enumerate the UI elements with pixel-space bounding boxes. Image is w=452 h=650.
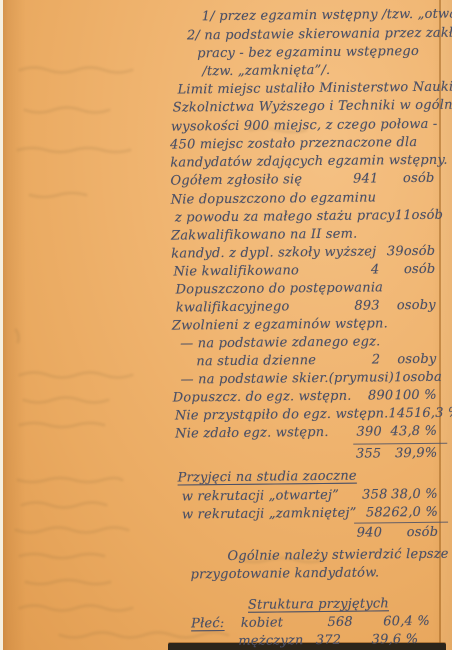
stat-label: Ogółem zgłosiło się bbox=[170, 172, 324, 189]
handwritten-line: Nie dopuszczono do egzaminu bbox=[171, 190, 377, 207]
stat-percent: 100 % bbox=[393, 388, 437, 403]
stat-percent: 38,0 % bbox=[387, 487, 437, 503]
handwritten-line: Ogólnie należy stwierdzić lepsze bbox=[227, 547, 448, 564]
stat-label: w rekrutacji „otwartej” bbox=[182, 488, 339, 505]
stat-label: Nie zdało egz. wstępn. bbox=[175, 425, 329, 442]
handwritten-line: Dopuszczono do postępowania bbox=[176, 280, 384, 297]
handwritten-line: przygotowanie kandydatów. bbox=[191, 565, 380, 582]
handwritten-line: /tzw. „zamknięta”/. bbox=[202, 63, 330, 79]
section-heading-admitted: Przyjęci na studia zaoczne bbox=[178, 469, 357, 486]
stat-percent: 39,9% bbox=[381, 446, 437, 462]
stat-value: 4 bbox=[325, 262, 379, 278]
sum-row: 940 osób bbox=[182, 525, 438, 543]
stat-value: 893 bbox=[326, 298, 380, 314]
stat-value: 2 bbox=[326, 352, 380, 368]
line-text: kandydatów zdających egzamin wstępny. bbox=[170, 153, 447, 171]
heading-text: Przyjęci na studia zaoczne bbox=[178, 469, 357, 486]
stat-value: 941 bbox=[324, 171, 378, 187]
stat-label bbox=[182, 526, 328, 543]
line-text: /tzw. „zamknięta”/. bbox=[202, 63, 330, 79]
line-text: Szkolnictwa Wyższego i Techniki w ogólne… bbox=[173, 97, 452, 115]
stat-row: Nie przystąpiło do egz. wstępn. 145 16,3… bbox=[175, 406, 437, 424]
line-text: pracy - bez egzaminu wstępnego bbox=[197, 44, 419, 61]
stat-label: kobiet bbox=[241, 615, 283, 630]
handwritten-line: Zwolnieni z egzaminów wstępn. bbox=[172, 316, 388, 333]
handwritten-line: Szkolnictwa Wyższego i Techniki w ogólne… bbox=[173, 97, 452, 115]
stat-value: 358 bbox=[339, 487, 388, 503]
stat-percent: 16,3 % bbox=[414, 406, 452, 421]
sum-row: 355 39,9% bbox=[175, 446, 437, 464]
stat-unit: osób bbox=[378, 171, 434, 187]
stat-row-sex-men: mężczyzn 372 39,6 % bbox=[238, 632, 418, 649]
stat-value: 568 bbox=[327, 615, 353, 630]
stat-value: 11 bbox=[395, 208, 412, 223]
stat-row: w rekrutacji „zamkniętej” 582 62,0 % bbox=[182, 505, 438, 523]
stat-row: z powodu za małego stażu pracy 11 osób bbox=[175, 208, 435, 226]
stat-value: 372 bbox=[316, 633, 342, 648]
sum-rule bbox=[353, 443, 447, 445]
handwritten-line: 450 miejsc zostało przeznaczone dla bbox=[170, 135, 417, 153]
stat-value: 890 bbox=[351, 388, 393, 403]
stat-percent: 39,6 % bbox=[372, 632, 419, 647]
stat-row: Nie zdało egz. wstępn. 390 43,8 % bbox=[175, 424, 437, 442]
stat-value: 355 bbox=[327, 446, 381, 462]
stat-value: 39 bbox=[376, 244, 404, 259]
line-text: Limit miejsc ustaliło Ministerstwo Nauki… bbox=[177, 80, 452, 98]
stat-row: na studia dzienne 2 osoby bbox=[196, 352, 436, 370]
line-text: — na podstawie zdanego egz. bbox=[180, 334, 380, 351]
stat-row: Nie kwalifikowano 4 osób bbox=[173, 262, 435, 280]
stat-label: — na podstawie skier.(prymusi) bbox=[180, 370, 394, 387]
section-heading-structure: Struktura przyjętych bbox=[248, 596, 389, 612]
stat-row: kandyd. z dypl. szkoły wyższej 39 osób bbox=[171, 244, 435, 262]
stat-value: 145 bbox=[388, 406, 414, 421]
stat-row-sex-women: Płeć: kobiet 568 60,4 % bbox=[191, 614, 430, 631]
line-text: Dopuszczono do postępowania bbox=[176, 280, 384, 297]
handwritten-line: 1/ przez egzamin wstępny /tzw. „otwarty”… bbox=[202, 6, 452, 24]
stat-label: z powodu za małego stażu pracy bbox=[175, 208, 395, 225]
stat-unit: osób bbox=[379, 262, 435, 278]
stat-row: Dopuszcz. do egz. wstępn. 890 100 % bbox=[173, 388, 437, 406]
line-text: przygotowanie kandydatów. bbox=[191, 565, 380, 582]
stat-unit: osoby bbox=[380, 298, 436, 314]
stat-value: 390 bbox=[329, 424, 382, 440]
handwritten-line: wysokości 900 miejsc, z czego połowa - bbox=[171, 117, 438, 135]
stat-percent: 60,4 % bbox=[383, 614, 430, 629]
stat-row: w rekrutacji „otwartej” 358 38,0 % bbox=[182, 487, 438, 505]
stat-label: w rekrutacji „zamkniętej” bbox=[182, 506, 357, 523]
stat-value: 940 bbox=[328, 525, 382, 541]
handwritten-line: — na podstawie zdanego egz. bbox=[180, 334, 380, 351]
stat-unit: osoby bbox=[380, 352, 436, 368]
line-text: Nie dopuszczono do egzaminu bbox=[171, 190, 377, 207]
row-label: Płeć: bbox=[191, 616, 224, 631]
stat-label: mężczyzn bbox=[238, 633, 303, 649]
stat-row: — na podstawie skier.(prymusi) 1 osoba bbox=[180, 370, 436, 388]
scanned-notebook-page: 1/ przez egzamin wstępny /tzw. „otwarty”… bbox=[0, 0, 452, 650]
line-text: Zakwalifikowano na II sem. bbox=[171, 227, 358, 244]
stat-row: Ogółem zgłosiło się 941 osób bbox=[170, 171, 434, 189]
stat-label: kwalifikacyjnego bbox=[176, 299, 326, 316]
line-text: Ogólnie należy stwierdzić lepsze bbox=[227, 547, 448, 564]
stat-label: Nie kwalifikowano bbox=[173, 263, 325, 280]
stat-unit: osób bbox=[404, 244, 436, 259]
stat-label bbox=[175, 447, 327, 464]
handwritten-line: Zakwalifikowano na II sem. bbox=[171, 227, 358, 244]
line-text: wysokości 900 miejsc, z czego połowa - bbox=[171, 117, 438, 135]
stat-label: na studia dzienne bbox=[196, 353, 326, 369]
stat-label: Nie przystąpiło do egz. wstępn. bbox=[175, 406, 389, 423]
stat-value: 1 bbox=[394, 370, 403, 385]
heading-text: Struktura przyjętych bbox=[248, 596, 389, 612]
handwritten-line: 2/ na podstawie skierowania przez zakład bbox=[187, 25, 452, 43]
line-text: Zwolnieni z egzaminów wstępn. bbox=[172, 316, 388, 333]
stat-percent: 62,0 % bbox=[391, 505, 438, 520]
stat-label: Dopuszcz. do egz. wstępn. bbox=[173, 389, 352, 406]
line-text: 1/ przez egzamin wstępny /tzw. „otwarty”… bbox=[202, 6, 452, 24]
handwritten-line: kandydatów zdających egzamin wstępny. bbox=[170, 153, 447, 171]
handwriting-layer: 1/ przez egzamin wstępny /tzw. „otwarty”… bbox=[0, 0, 452, 650]
line-text: 450 miejsc zostało przeznaczone dla bbox=[170, 135, 417, 153]
handwritten-line: Limit miejsc ustaliło Ministerstwo Nauki… bbox=[177, 80, 452, 98]
stat-label: kandyd. z dypl. szkoły wyższej bbox=[171, 244, 376, 261]
line-text: 2/ na podstawie skierowania przez zakład bbox=[187, 25, 452, 43]
stat-row: kwalifikacyjnego 893 osoby bbox=[176, 298, 436, 316]
stat-unit: osób bbox=[382, 525, 438, 541]
sum-rule bbox=[354, 522, 448, 524]
stat-unit: osób bbox=[412, 208, 444, 223]
handwritten-line: pracy - bez egzaminu wstępnego bbox=[197, 44, 419, 61]
stat-value: 582 bbox=[356, 505, 391, 520]
stat-unit: osoba bbox=[402, 370, 442, 385]
stat-percent: 43,8 % bbox=[382, 424, 437, 440]
